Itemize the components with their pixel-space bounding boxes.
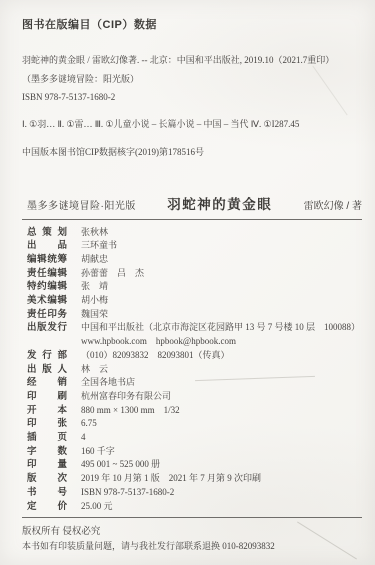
colophon-value: 4: [81, 431, 86, 445]
cip-record-line: 羽蛇神的黄金眼 / 雷欧幻像著. -- 北京：中国和平出版社, 2019.10（…: [22, 51, 362, 70]
colophon-value: 三环童书: [81, 239, 117, 253]
table-row: 美术编辑 胡小梅: [27, 294, 362, 308]
colophon-label: 出品: [27, 239, 67, 253]
table-row: 插页 4: [27, 431, 362, 445]
book-header: 墨多多谜境冒险·阳光版 羽蛇神的黄金眼 雷欧幻像 / 著: [22, 193, 362, 213]
table-row: 开本 880 mm × 1300 mm 1/32: [27, 404, 362, 418]
colophon-value: 中国和平出版社（北京市海淀区花园路甲 13 号 7 号楼 10 层 100088…: [81, 321, 360, 335]
colophon-label: 美术编辑: [27, 294, 67, 308]
table-row: 印量 495 001 ~ 525 000 册: [27, 458, 362, 472]
colophon-label: 印量: [27, 458, 67, 472]
colophon-label: 书号: [27, 486, 67, 500]
table-row: 出版发行 中国和平出版社（北京市海淀区花园路甲 13 号 7 号楼 10 层 1…: [27, 321, 362, 335]
colophon-value: 胡献忠: [81, 253, 108, 267]
colophon-label: 总策划: [27, 226, 67, 240]
colophon-label: 字数: [27, 445, 67, 459]
cip-registry-line: 中国版本图书馆CIP数据核字(2019)第178516号: [22, 145, 362, 158]
table-row: 定价 25.00 元: [27, 500, 362, 514]
colophon-label: 印张: [27, 417, 67, 431]
colophon-value: 林 云: [81, 363, 108, 377]
colophon-value: 张秋林: [81, 226, 108, 240]
quality-notice: 本书如有印装质量问题，请与我社发行部联系退换 010-82093832: [22, 539, 362, 554]
colophon-value: 25.00 元: [81, 500, 113, 514]
colophon-label: 版次: [27, 472, 67, 486]
colophon-value: 杭州富春印务有限公司: [81, 390, 171, 404]
table-row: 发行部 （010）82093832 82093801（传真）: [27, 349, 362, 363]
colophon-label: 经销: [27, 376, 67, 390]
table-row: 出品 三环童书: [27, 239, 362, 253]
colophon-label: 发行部: [27, 349, 67, 363]
table-row: 印张 6.75: [27, 417, 362, 431]
divider-bottom: [22, 517, 362, 518]
colophon-value: 495 001 ~ 525 000 册: [81, 458, 160, 472]
colophon-value: 魏国荣: [81, 308, 108, 322]
colophon-label: 特约编辑: [27, 280, 67, 294]
colophon-label: 定价: [27, 500, 67, 514]
colophon-label: 编辑统筹: [27, 253, 67, 267]
colophon-value: 6.75: [81, 417, 97, 431]
cip-classification-line: Ⅰ. ①羽… Ⅱ. ①雷… Ⅲ. ①儿童小说 – 长篇小说 – 中国 – 当代 …: [22, 117, 362, 130]
colophon-label: 出版人: [27, 363, 67, 377]
colophon-label: 责任印务: [27, 308, 67, 322]
book-series: 墨多多谜境冒险·阳光版: [27, 197, 136, 212]
book-title: 羽蛇神的黄金眼: [167, 193, 272, 213]
colophon-label: 责任编辑: [27, 267, 67, 281]
cip-heading: 图书在版编目（CIP）数据: [22, 16, 362, 32]
colophon-value: （010）82093832 82093801（传真）: [81, 349, 230, 363]
footer: 版权所有 侵权必究 本书如有印装质量问题，请与我社发行部联系退换 010-820…: [22, 525, 362, 554]
cip-record-block: 羽蛇神的黄金眼 / 雷欧幻像著. -- 北京：中国和平出版社, 2019.10（…: [22, 51, 362, 107]
table-row: 出版人 林 云: [27, 363, 362, 377]
copyright-page: 图书在版编目（CIP）数据 羽蛇神的黄金眼 / 雷欧幻像著. -- 北京：中国和…: [0, 0, 375, 565]
table-row: 责任编辑 孙蕾蕾 吕 杰: [27, 267, 362, 281]
table-row: 责任印务 魏国荣: [27, 308, 362, 322]
colophon-value: 孙蕾蕾 吕 杰: [81, 267, 144, 281]
colophon-value: www.hpbook.com hpbook@hpbook.com: [81, 335, 236, 349]
colophon-table: 总策划 张秋林 出品 三环童书 编辑统筹 胡献忠 责任编辑 孙蕾蕾 吕 杰 特约…: [22, 226, 362, 514]
colophon-value: 2019 年 10 月第 1 版 2021 年 7 月第 9 次印刷: [81, 472, 261, 486]
divider-top: [22, 219, 362, 220]
cip-isbn-line: ISBN 978-7-5137-1680-2: [22, 88, 362, 107]
colophon-value: ISBN 978-7-5137-1680-2: [81, 486, 174, 500]
cip-series-line: （墨多多谜境冒险：阳光版）: [22, 70, 362, 89]
colophon-value: 胡小梅: [81, 294, 108, 308]
table-row: 总策划 张秋林: [27, 226, 362, 240]
colophon-value: 张 靖: [81, 280, 108, 294]
colophon-label: 插页: [27, 431, 67, 445]
table-row: 经销 全国各地书店: [27, 376, 362, 390]
colophon-label: 开本: [27, 404, 67, 418]
table-row: 版次 2019 年 10 月第 1 版 2021 年 7 月第 9 次印刷: [27, 472, 362, 486]
book-author: 雷欧幻像 / 著: [304, 197, 362, 212]
colophon-value: 全国各地书店: [81, 376, 135, 390]
colophon-label: 出版发行: [27, 321, 67, 335]
colophon-value: 880 mm × 1300 mm 1/32: [81, 404, 180, 418]
colophon-label: 印刷: [27, 390, 67, 404]
table-row: 编辑统筹 胡献忠: [27, 253, 362, 267]
table-row: 字数 160 千字: [27, 445, 362, 459]
table-row: 书号 ISBN 978-7-5137-1680-2: [27, 486, 362, 500]
colophon-value: 160 千字: [81, 445, 115, 459]
table-row: 特约编辑 张 靖: [27, 280, 362, 294]
table-row: 印刷 杭州富春印务有限公司: [27, 390, 362, 404]
rights-notice: 版权所有 侵权必究: [22, 525, 362, 539]
table-row-continuation: www.hpbook.com hpbook@hpbook.com: [27, 335, 362, 349]
